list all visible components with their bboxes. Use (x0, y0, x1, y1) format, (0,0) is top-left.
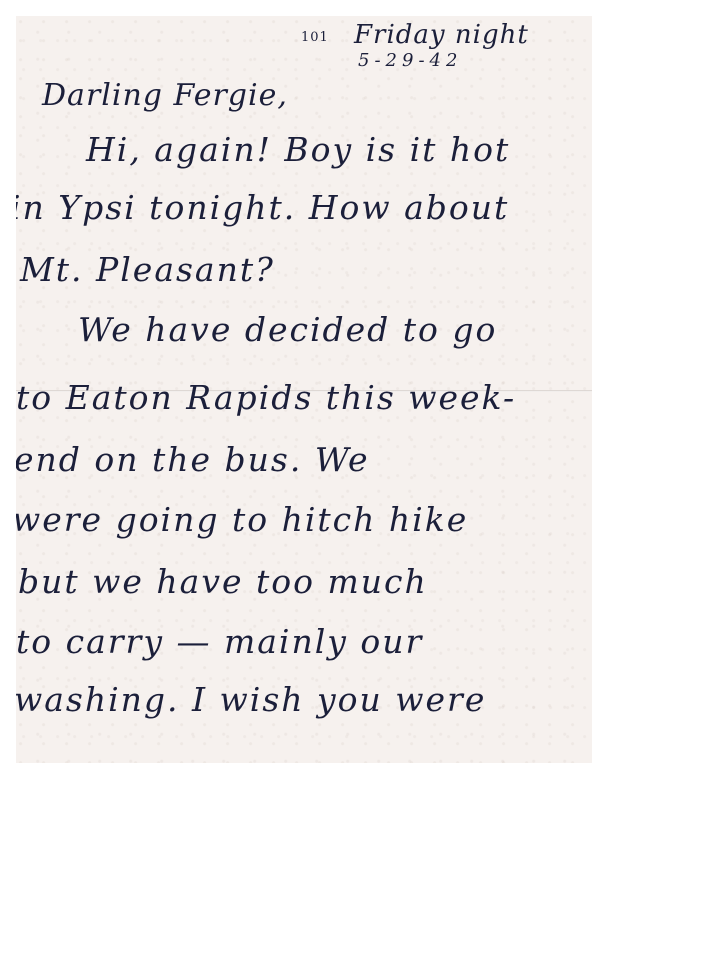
date-numeric: 5-29-42 (358, 50, 462, 71)
letter-line: but we have too much (18, 562, 428, 601)
letter-page: 101 Friday night 5-29-42 Darling Fergie,… (16, 16, 592, 763)
letter-line: in Ypsi tonight. How about (16, 188, 509, 227)
letter-line: end on the bus. We (16, 440, 370, 479)
letter-line: We have decided to go (78, 310, 497, 349)
letter-line: to Eaton Rapids this week- (16, 378, 516, 417)
letter-line: washing. I wish you were (16, 680, 486, 719)
date-day: Friday night (354, 20, 529, 50)
letter-line: Mt. Pleasant? (20, 250, 275, 289)
letter-line: were going to hitch hike (16, 500, 468, 539)
page-number: 101 (301, 30, 329, 45)
salutation: Darling Fergie, (42, 78, 288, 113)
letter-line: to carry — mainly our (16, 622, 423, 661)
letter-line: Hi, again! Boy is it hot (86, 130, 510, 169)
